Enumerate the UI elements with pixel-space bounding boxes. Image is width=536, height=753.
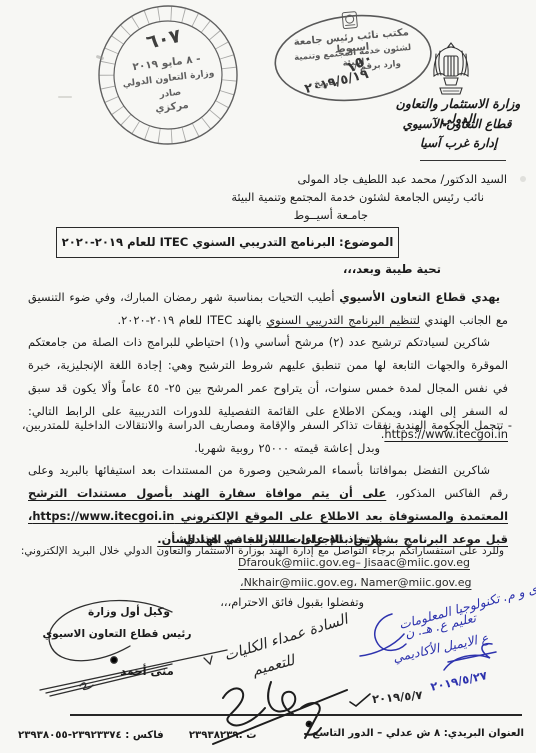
scan-speck <box>58 96 72 98</box>
stamp-ring-numerals: ١ ٢ ٣ ٤ ٥ ٦ ٧ ٨ ٩ ١٠ ١١ ١٢ ١٣ ١٤ ١٥ ١٦ ١… <box>87 4 89 13</box>
subject-box: الموضوع: البرنامج التدريبي السنوي ITEC ل… <box>56 227 399 258</box>
signatory-title-2: رئيس قطاع التعاون الاسيوي <box>32 628 202 640</box>
scanned-letter-page: ١ ٢ ٣ ٤ ٥ ٦ ٧ ٨ ٩ ١٠ ١١ ١٢ ١٣ ١٤ ١٥ ١٦ ١… <box>0 0 536 753</box>
scan-speck <box>520 176 526 182</box>
letterhead-department: إدارة غرب آسيا <box>411 136 506 150</box>
p1-lead: يهدي قطاع التعاون الأسيوي <box>339 290 500 304</box>
p4-url: https://www.itecgoi.in <box>32 509 174 523</box>
university-crest-icon <box>342 12 357 29</box>
p1-b: بالهند ITEC للعام ٢٠١٩-٢٠٢٠. <box>117 313 266 327</box>
paragraph-3-line1: - تتحمل الحكومة الهندية نفقات تذاكر السف… <box>22 414 512 437</box>
signatory-name: منى أحمد <box>112 664 182 678</box>
outgoing-date-stamp: ١ ٢ ٣ ٤ ٥ ٦ ٧ ٨ ٩ ١٠ ١١ ١٢ ١٣ ١٤ ١٥ ١٦ ١… <box>87 0 250 156</box>
addressee-name: السيد الدكتور/ محمد عبد اللطيف جاد المول… <box>298 172 508 186</box>
p1-underlined: لتنظيم البرنامج التدريبي السنوي <box>266 313 420 327</box>
svg-text:١ ٢ ٣ ٤ ٥ ٦ ٧ ٨ ٩ ١٠ ١١ ١٢ ١٣: ١ ٢ ٣ ٤ ٥ ٦ ٧ ٨ ٩ ١٠ ١١ ١٢ ١٣ ١٤ ١٥ ١٦ ١… <box>87 4 89 13</box>
addressee-title: نائب رئيس الجامعة لشئون خدمة المجتمع وتن… <box>231 190 484 204</box>
paragraph-1: يهدي قطاع التعاون الأسيوي أطيب التحيات ب… <box>28 286 508 331</box>
letterhead-divider <box>420 160 506 161</box>
egypt-eagle-emblem-icon <box>428 40 474 98</box>
letterhead-sector: قطاع التعاون الآسيوي <box>402 117 512 131</box>
paragraph-3-line2: وبدل إعاشة قيمته ٢٥٠٠٠ روبية شهريا. <box>194 437 380 460</box>
signature-scribble-center <box>205 660 355 752</box>
signatory-title-1: وكيل أول وزارة <box>86 606 172 618</box>
incoming-received-stamp: مكتب نائب رئيس جامعة اسيوط لشئون خدمة ال… <box>268 3 438 111</box>
p2-a: شاكرين لسيادتكم ترشيح عدد (٢) مرشح أساسي… <box>28 335 508 418</box>
email-line-2: Nkhair@miic.gov.eg، Namer@miic.gov.eg، <box>240 576 471 589</box>
footer-fax: فاكس : ٢٣٩٢٣٣٧٤-٢٣٩٣٨٠٥٥ <box>18 730 164 741</box>
addressee-university: جامـعة أسيــوط <box>294 208 368 222</box>
greeting: تحية طيبة وبعد،،، <box>343 262 441 276</box>
email-line-1: Dfarouk@miic.gov.eg– Jisaac@miic.gov.eg <box>238 556 470 569</box>
handwritten-date-black: ٢٠١٩/٥/٧ <box>371 688 423 706</box>
